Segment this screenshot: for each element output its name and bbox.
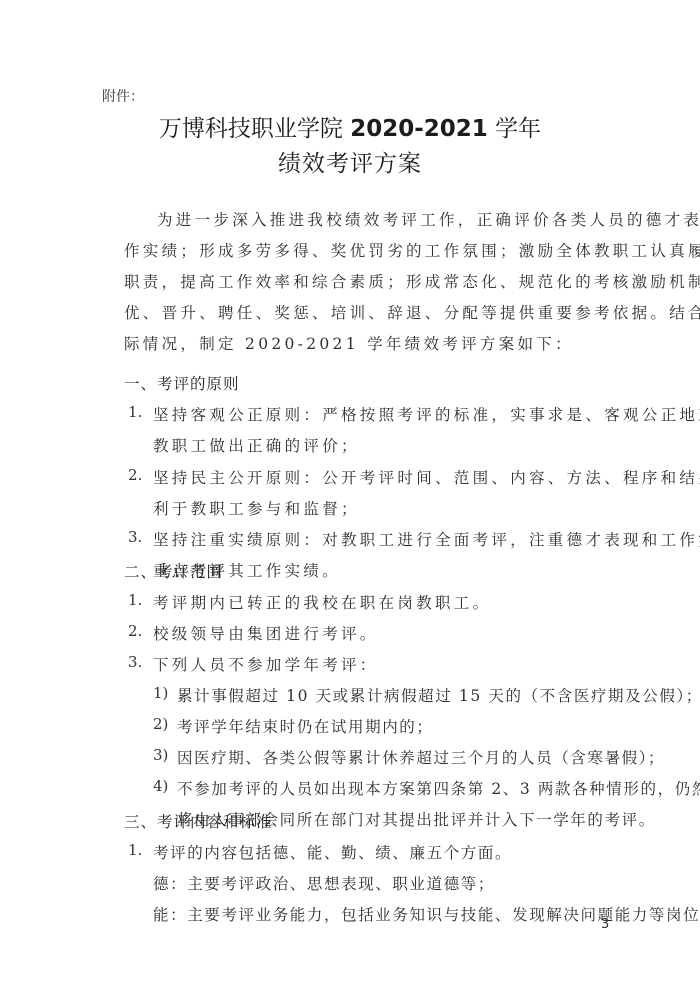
sublist-number: 3): [153, 746, 168, 764]
list-item-text: 坚持民主公开原则：公开考评时间、范围、内容、方法、程序和结果，以: [153, 466, 700, 488]
sublist-item-text: 累计事假超过 10 天或累计病假超过 15 天的（不含医疗期及公假）；: [177, 684, 700, 706]
list-item-text: 下列人员不参加学年考评：: [153, 653, 379, 675]
section-heading: 二、考评范围: [124, 560, 223, 582]
list-item-text: 校级领导由集团进行考评。: [153, 622, 379, 644]
title-school: 万博科技职业学院: [159, 116, 350, 142]
detail-line: 德：主要考评政治、思想表现、职业道德等；: [153, 872, 495, 894]
page-number: 3: [601, 917, 609, 932]
list-number: 1.: [128, 403, 142, 421]
list-number: 3.: [128, 653, 142, 671]
document-title: 万博科技职业学院 2020-2021 学年: [0, 110, 700, 143]
sublist-item-text: 因医疗期、各类公假等累计休养超过三个月的人员（含寒暑假）；: [177, 746, 665, 768]
list-number: 2.: [128, 622, 142, 640]
sublist-number: 2): [153, 715, 168, 733]
list-item-text: 考评的内容包括德、能、勤、绩、廉五个方面。: [153, 841, 512, 863]
sublist-item-text: 考评学年结束时仍在试用期内的；: [177, 715, 434, 737]
sublist-item-text: 不参加考评的人员如出现本方案第四条第 2、3 两款各种情形的，仍然: [177, 777, 700, 799]
document-subtitle: 绩效考评方案: [0, 145, 700, 178]
list-item-text: 利于教职工参与和监督；: [153, 497, 360, 519]
list-number: 1.: [128, 841, 142, 859]
intro-line: 际情况，制定 2020-2021 学年绩效考评方案如下：: [124, 332, 574, 354]
intro-line: 作实绩；形成多劳多得、奖优罚劣的工作氛围；激励全体教职工认真履行岗位: [124, 239, 700, 261]
list-number: 3.: [128, 528, 142, 546]
detail-line: 能：主要考评业务能力，包括业务知识与技能、发现解决问题能力等岗位: [153, 903, 700, 925]
intro-line: 优、晋升、聘任、奖惩、培训、辞退、分配等提供重要参考依据。结合我校实: [124, 301, 700, 323]
intro-line: 职责，提高工作效率和综合素质；形成常态化、规范化的考核激励机制，为评: [124, 270, 700, 292]
list-item-text: 坚持客观公正原则：严格按照考评的标准，实事求是、客观公正地对每位: [153, 403, 700, 425]
list-number: 1.: [128, 591, 142, 609]
intro-line: 为进一步深入推进我校绩效考评工作，正确评价各类人员的德才表现和工: [157, 208, 700, 230]
title-suffix: 学年: [488, 116, 541, 142]
list-item-text: 考评期内已转正的我校在职在岗教职工。: [153, 591, 491, 613]
section-heading: 三、考评内容和标准: [124, 810, 273, 832]
sublist-number: 4): [153, 777, 168, 795]
list-number: 2.: [128, 466, 142, 484]
sublist-number: 1): [153, 684, 168, 702]
attachment-label: 附件：: [102, 86, 144, 106]
title-year: 2020-2021: [350, 116, 488, 142]
section-heading: 一、考评的原则: [124, 372, 240, 394]
list-item-text: 坚持注重实绩原则：对教职工进行全面考评，注重德才表现和工作实绩，: [153, 528, 700, 550]
list-item-text: 教职工做出正确的评价；: [153, 434, 360, 456]
